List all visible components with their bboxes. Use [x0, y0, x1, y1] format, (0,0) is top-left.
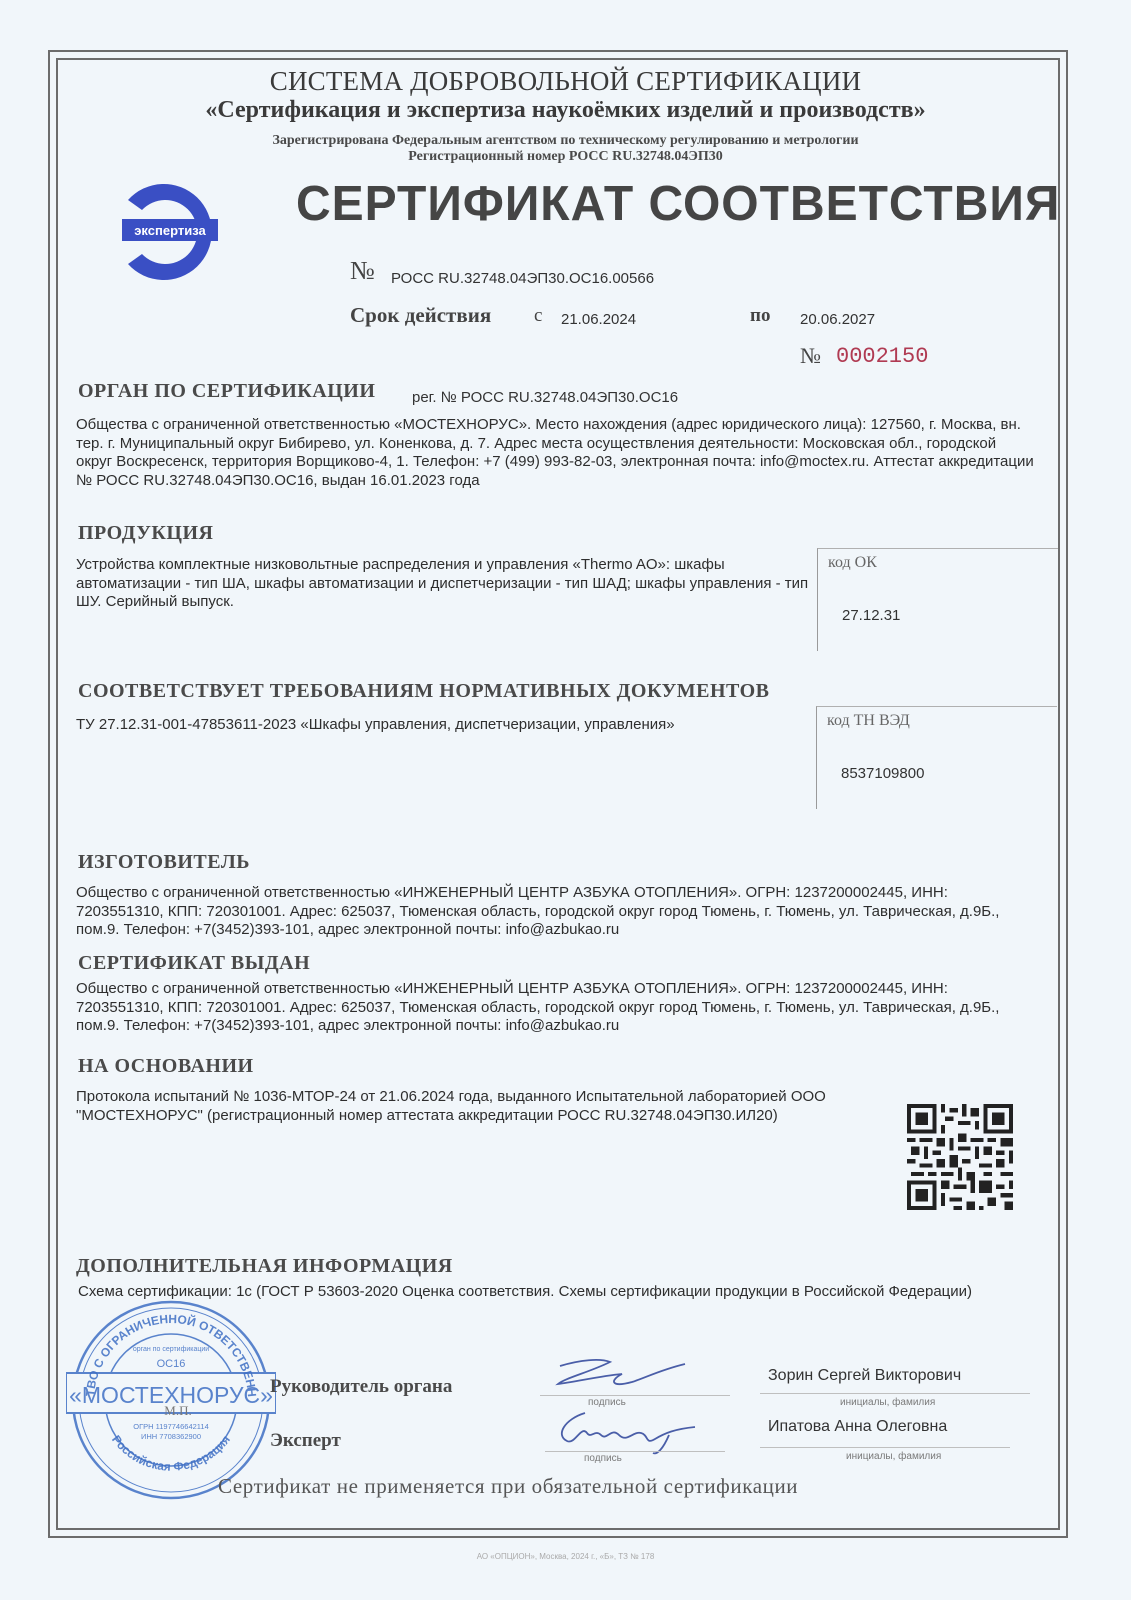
certificate-title: СЕРТИФИКАТ СООТВЕТСТВИЯ	[296, 176, 1060, 232]
product-text: Устройства комплектные низковольтные рас…	[76, 556, 811, 612]
footer-note: Сертификат не применяется при обязательн…	[218, 1474, 798, 1499]
svg-text:М.П.: М.П.	[164, 1403, 191, 1418]
product-code-label: код ОК	[828, 554, 877, 572]
basis-heading: НА ОСНОВАНИИ	[78, 1055, 254, 1078]
expert-label: Эксперт	[270, 1430, 341, 1452]
svg-text:экспертиза: экспертиза	[134, 223, 206, 238]
tnved-code-value: 8537109800	[841, 765, 924, 782]
expert-signature-line	[545, 1451, 725, 1452]
expert-name-hint: инициалы, фамилия	[846, 1451, 941, 1462]
system-subtitle: «Сертификация и экспертиза наукоёмких из…	[0, 97, 1131, 124]
basis-text: Протокола испытаний № 1036-МТОР-24 от 21…	[76, 1088, 836, 1125]
svg-text:орган по сертификации: орган по сертификации	[133, 1346, 209, 1353]
expert-name: Ипатова Анна Олеговна	[768, 1418, 947, 1436]
certificate-number: РОСС RU.32748.04ЭП30.ОС16.00566	[391, 270, 654, 287]
system-title: СИСТЕМА ДОБРОВОЛЬНОЙ СЕРТИФИКАЦИИ	[0, 66, 1131, 97]
registration-number: Регистрационный номер РОСС RU.32748.04ЭП…	[0, 149, 1131, 165]
additional-heading: ДОПОЛНИТЕЛЬНАЯ ИНФОРМАЦИЯ	[76, 1255, 453, 1278]
svg-text:ОС16: ОС16	[157, 1358, 186, 1370]
product-code-box: код ОК 27.12.31	[817, 548, 1058, 651]
registered-by: Зарегистрирована Федеральным агентством …	[0, 133, 1131, 149]
serial-number: 0002150	[836, 344, 928, 369]
qr-code-icon[interactable]	[907, 1104, 1013, 1210]
head-name: Зорин Сергей Викторович	[768, 1367, 961, 1385]
expertiza-logo-icon: экспертиза	[120, 182, 220, 282]
issued-to-heading: СЕРТИФИКАТ ВЫДАН	[78, 952, 310, 975]
number-symbol: №	[350, 256, 375, 286]
expert-signature-hint: подпись	[584, 1453, 622, 1464]
svg-text:ОГРН 1197746642114: ОГРН 1197746642114	[133, 1422, 209, 1431]
serial-symbol: №	[800, 343, 821, 369]
expert-signature-icon	[545, 1405, 715, 1455]
expert-name-line	[760, 1447, 1010, 1448]
requirements-heading: СООТВЕТСТВУЕТ ТРЕБОВАНИЯМ НОРМАТИВНЫХ ДО…	[78, 680, 770, 703]
cert-body-heading: ОРГАН ПО СЕРТИФИКАЦИИ	[78, 380, 375, 403]
printer-imprint: АО «ОПЦИОН», Москва, 2024 г., «Б», ТЗ № …	[0, 1552, 1131, 1561]
tnved-code-label: код ТН ВЭД	[827, 712, 910, 730]
manufacturer-heading: ИЗГОТОВИТЕЛЬ	[78, 851, 250, 874]
valid-to-date: 20.06.2027	[800, 311, 875, 328]
head-name-hint: инициалы, фамилия	[840, 1397, 935, 1408]
issued-to-text: Общество с ограниченной ответственностью…	[76, 980, 1036, 1036]
head-signature-line	[540, 1395, 730, 1396]
tnved-code-box: код ТН ВЭД 8537109800	[816, 706, 1057, 809]
head-label: Руководитель органа	[270, 1376, 452, 1398]
head-signature-icon	[540, 1352, 690, 1397]
valid-from-label: с	[534, 305, 542, 327]
cert-body-text: Общества с ограниченной ответственностью…	[76, 416, 1036, 490]
requirements-text: ТУ 27.12.31-001-47853611-2023 «Шкафы упр…	[76, 716, 675, 735]
valid-from-date: 21.06.2024	[561, 311, 636, 328]
product-code-value: 27.12.31	[842, 607, 900, 624]
svg-text:ИНН 7708362900: ИНН 7708362900	[141, 1432, 201, 1441]
manufacturer-text: Общество с ограниченной ответственностью…	[76, 884, 1036, 940]
valid-to-label: по	[750, 305, 770, 327]
product-heading: ПРОДУКЦИЯ	[78, 522, 213, 545]
head-name-line	[760, 1393, 1030, 1394]
cert-body-reg: рег. № РОСС RU.32748.04ЭП30.ОС16	[412, 389, 678, 406]
validity-label: Срок действия	[350, 303, 491, 328]
